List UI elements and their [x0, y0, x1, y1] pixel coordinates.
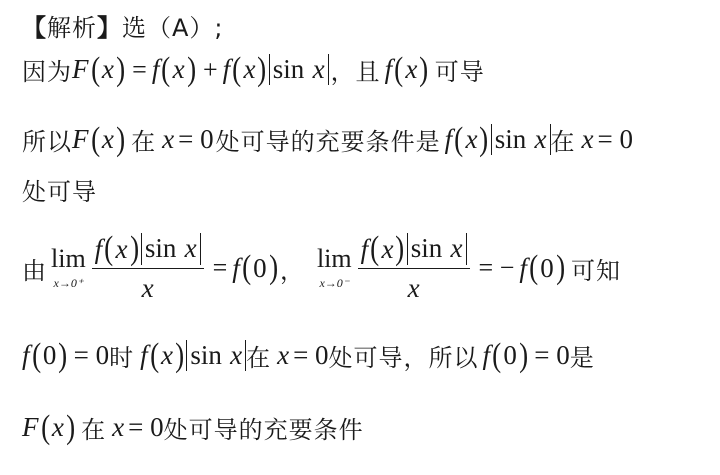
math-var: f: [140, 340, 148, 371]
text: 在: [131, 122, 156, 157]
abs-sin-x: sin x: [491, 124, 551, 156]
text: 在: [246, 338, 271, 373]
line-4-limits: 由 lim x→0⁺ f(x) sin x x = f(0) ， lim x→0…: [22, 232, 621, 304]
math-var: F: [72, 124, 89, 155]
math-expr: = 0: [178, 124, 213, 155]
solution-header: 【 解析 】 选（A）;: [22, 8, 224, 43]
lim-subscript: x→0⁻: [319, 276, 349, 291]
text: 处可导: [22, 172, 97, 207]
operator: +: [203, 55, 218, 85]
math-var: x: [405, 54, 417, 85]
math-var: x: [116, 234, 128, 265]
math-expr: = 0: [128, 412, 163, 443]
math-var: x: [451, 233, 463, 263]
math-func: sin: [411, 233, 443, 263]
denominator: x: [408, 269, 420, 304]
math-var: f: [519, 253, 527, 284]
text: 时: [109, 338, 134, 373]
line-1: 因为 F(x) = f(x) + f(x) sin x ，且 f(x) 可导: [22, 52, 485, 87]
math-num: 0: [43, 340, 57, 371]
math-var: f: [483, 340, 491, 371]
math-var: x: [112, 412, 124, 443]
math-expr: = 0: [293, 340, 328, 371]
math-var: x: [465, 124, 477, 155]
text: 处可导，所以: [329, 338, 479, 373]
math-var: x: [185, 233, 197, 263]
math-var: x: [381, 234, 393, 265]
math-var: f: [22, 340, 30, 371]
math-var: x: [162, 124, 174, 155]
operator: =: [213, 253, 228, 283]
math-var: x: [102, 124, 114, 155]
math-var: f: [223, 54, 231, 85]
math-var: f: [385, 54, 393, 85]
text: 在: [551, 122, 576, 157]
math-num: 0: [540, 253, 554, 284]
fraction: f(x) sin x x: [358, 232, 470, 304]
math-num: 0: [503, 340, 517, 371]
math-var: x: [102, 54, 114, 85]
math-var: f: [152, 54, 160, 85]
math-var: x: [230, 340, 242, 370]
math-expr: = 0: [74, 340, 109, 371]
line-2: 所以 F(x) 在 x = 0 处可导的充要条件是 f(x) sin x 在 x…: [22, 122, 633, 157]
math-var: x: [535, 124, 547, 154]
text: 所以: [22, 122, 72, 157]
limit-left: lim x→0⁻: [317, 246, 352, 291]
lim-word: lim: [317, 246, 352, 272]
bracket-open: 【: [22, 8, 47, 43]
math-expr: = 0: [534, 340, 569, 371]
text: ，且: [331, 52, 381, 87]
text: 处可导的充要条件: [164, 410, 364, 445]
answer-choice: 选（A）;: [122, 8, 224, 43]
math-var: F: [72, 54, 89, 85]
abs-sin-x: sin x: [141, 233, 201, 265]
text: 可知: [571, 251, 621, 286]
math-func: sin: [145, 233, 177, 263]
math-var: x: [277, 340, 289, 371]
math-var: x: [52, 412, 64, 443]
text: 处可导的充要条件是: [216, 122, 441, 157]
math-var: x: [582, 124, 594, 155]
text: 可导: [435, 52, 485, 87]
text: ，: [280, 251, 305, 286]
math-var: x: [313, 54, 325, 84]
math-var: x: [161, 340, 173, 371]
abs-sin-x: sin x: [269, 54, 329, 86]
math-var: x: [243, 54, 255, 85]
math-var: f: [445, 124, 453, 155]
math-var: f: [95, 234, 103, 265]
math-func: sin: [273, 54, 305, 84]
math-var: f: [232, 253, 240, 284]
abs-sin-x: sin x: [186, 340, 246, 372]
line-3: 处可导: [22, 172, 97, 207]
fraction: f(x) sin x x: [92, 232, 204, 304]
text: 由: [22, 251, 47, 286]
bracket-close: 】: [97, 8, 122, 43]
analysis-label: 解析: [47, 8, 97, 43]
text: 是: [570, 338, 595, 373]
math-var: f: [361, 234, 369, 265]
math-var: x: [173, 54, 185, 85]
lim-subscript: x→0⁺: [54, 276, 84, 291]
math-expr: = 0: [598, 124, 633, 155]
line-5: f(0) = 0 时 f(x) sin x 在 x = 0 处可导，所以 f(0…: [22, 338, 595, 373]
lim-word: lim: [51, 246, 86, 272]
operator: = −: [479, 253, 515, 283]
math-var: F: [22, 412, 39, 443]
text: 在: [81, 410, 106, 445]
abs-sin-x: sin x: [407, 233, 467, 265]
math-num: 0: [253, 253, 267, 284]
operator: =: [132, 55, 147, 85]
line-6: F(x) 在 x = 0 处可导的充要条件: [22, 410, 364, 445]
denominator: x: [142, 269, 154, 304]
math-func: sin: [495, 124, 527, 154]
math-func: sin: [190, 340, 222, 370]
limit-right: lim x→0⁺: [51, 246, 86, 291]
text: 因为: [22, 52, 72, 87]
